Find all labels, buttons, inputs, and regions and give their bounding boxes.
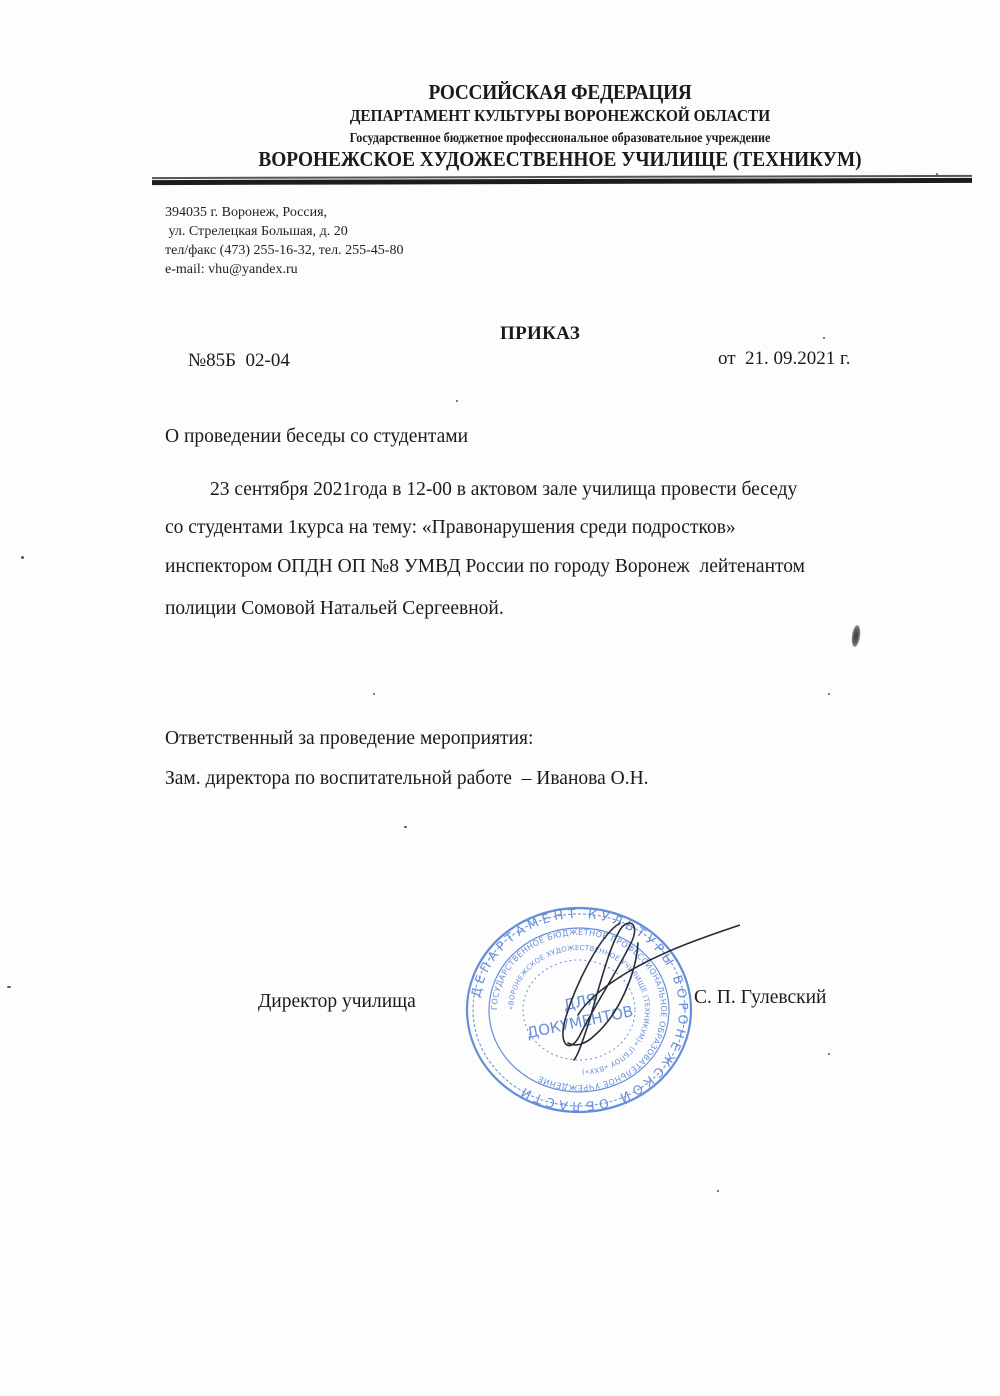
- responsible-label: Ответственный за проведение мероприятия:: [165, 728, 533, 750]
- paragraph-line: со студентами 1курса на тему: «Правонару…: [165, 517, 736, 539]
- order-title: ПРИКАЗ: [500, 323, 580, 345]
- signatory-role: Директор училища: [258, 991, 416, 1013]
- address-email: e-mail: vhu@yandex.ru: [165, 260, 403, 279]
- handwritten-signature-icon: [540, 915, 740, 1065]
- order-date: от 21. 09.2021 г.: [718, 348, 850, 370]
- address-street: ул. Стрелецкая Большая, д. 20: [165, 222, 403, 241]
- scan-speck: [823, 337, 825, 339]
- paragraph-line: 23 сентября 2021года в 12-00 в актовом з…: [210, 479, 797, 501]
- scan-speck: [373, 693, 375, 695]
- address-postal: 394035 г. Воронеж, Россия,: [165, 203, 403, 222]
- address-block: 394035 г. Воронеж, Россия, ул. Стрелецка…: [165, 203, 403, 279]
- header-divider-thick: [152, 178, 972, 185]
- scan-smudge: [851, 625, 862, 648]
- header-country: РОССИЙСКАЯ ФЕДЕРАЦИЯ: [183, 80, 937, 105]
- scan-speck: [7, 986, 11, 988]
- paragraph-line: инспектором ОПДН ОП №8 УМВД России по го…: [165, 556, 805, 578]
- paragraph-line: полиции Сомовой Натальей Сергеевной.: [165, 598, 504, 620]
- scan-speck: [828, 1053, 830, 1055]
- scan-speck: [21, 556, 24, 559]
- order-number: №85Б 02-04: [188, 350, 290, 372]
- header-institution-type: Государственное бюджетное профессиональн…: [191, 130, 929, 146]
- header-department: ДЕПАРТАМЕНТ КУЛЬТУРЫ ВОРОНЕЖСКОЙ ОБЛАСТИ: [191, 106, 929, 126]
- order-subject: О проведении беседы со студентами: [165, 426, 468, 448]
- scan-speck: [936, 173, 938, 175]
- scan-speck: [717, 1190, 719, 1192]
- responsible-person: Зам. директора по воспитательной работе …: [165, 768, 649, 790]
- header-institution-name: ВОРОНЕЖСКОЕ ХУДОЖЕСТВЕННОЕ УЧИЛИЩЕ (ТЕХН…: [183, 147, 937, 172]
- scan-speck: [828, 693, 830, 695]
- address-phone: тел/факс (473) 255-16-32, тел. 255-45-80: [165, 241, 403, 260]
- scan-speck: [456, 400, 458, 402]
- scan-speck: [404, 826, 407, 828]
